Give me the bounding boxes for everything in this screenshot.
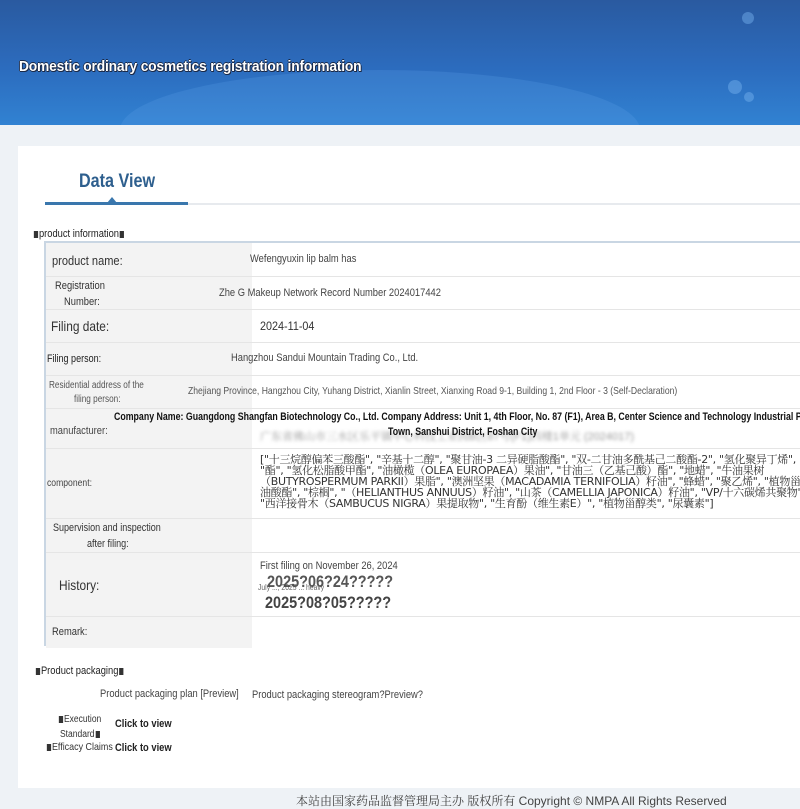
caret-up-icon xyxy=(107,197,117,203)
bracket-glyph-icon xyxy=(34,231,38,238)
history-entry: First filing on November 26, 2024 xyxy=(260,560,398,572)
label-filing-date: Filing date: xyxy=(51,318,109,334)
value-residential-address: Zhejiang Province, Hangzhou City, Yuhang… xyxy=(188,385,677,397)
history-entry: 2025?06?24????? xyxy=(267,572,393,592)
label-execution-standard-line2: Standard xyxy=(60,729,100,740)
value-component: ["十三烷醇偏苯三酸酯", "辛基十二醇", "聚甘油-3 二异硬脂酸酯", "… xyxy=(260,454,800,510)
row-filing-person: Filing person: Hangzhou Sandui Mountain … xyxy=(46,343,800,376)
label-component: component: xyxy=(47,477,92,489)
bracket-glyph-icon xyxy=(119,668,123,675)
execution-standard-view-link[interactable]: Click to view xyxy=(115,718,172,730)
value-filing-person: Hangzhou Sandui Mountain Trading Co., Lt… xyxy=(231,352,418,364)
footer-copyright: 本站由国家药品监督管理局主办 版权所有 Copyright © NMPA All… xyxy=(296,792,727,800)
packaging-plan-preview-link[interactable]: Product packaging plan [Preview] xyxy=(100,688,239,700)
section-product-packaging: Product packaging xyxy=(35,665,124,677)
row-manufacturer: manufacturer: 广东省佛山市三水区乐平镇中心科技工业园B区87号(F… xyxy=(46,409,800,449)
bracket-glyph-icon xyxy=(120,231,124,238)
label-history: History: xyxy=(59,577,99,593)
page-title: Domestic ordinary cosmetics registration… xyxy=(19,58,361,75)
label-filing-person: Filing person: xyxy=(47,353,101,365)
value-filing-date: 2024-11-04 xyxy=(260,319,314,333)
decorative-bubble xyxy=(742,12,754,24)
label-manufacturer: manufacturer: xyxy=(50,425,108,437)
value-product-name: Wefengyuxin lip balm has xyxy=(250,253,356,265)
header-banner: Domestic ordinary cosmetics registration… xyxy=(0,0,800,125)
product-details-table: product name: Wefengyuxin lip balm has R… xyxy=(44,241,800,646)
bracket-glyph-icon xyxy=(36,668,40,675)
label-product-name: product name: xyxy=(52,253,123,268)
row-product-name: product name: Wefengyuxin lip balm has xyxy=(46,243,800,277)
row-remark: Remark: xyxy=(46,617,800,648)
section-product-information: product information xyxy=(33,228,125,240)
efficacy-claims-view-link[interactable]: Click to view xyxy=(115,742,172,754)
value-registration-number: Zhe G Makeup Network Record Number 20240… xyxy=(219,287,441,299)
row-filing-date: Filing date: 2024-11-04 xyxy=(46,310,800,343)
label-residential-address: Residential address of the xyxy=(49,380,144,391)
label-execution-standard: Execution xyxy=(58,714,101,725)
decorative-bubble xyxy=(744,92,754,102)
row-supervision: Supervision and inspection after filing: xyxy=(46,519,800,553)
label-supervision: Supervision and inspection xyxy=(53,522,161,534)
history-entry: 2025?08?05????? xyxy=(265,593,391,613)
value-manufacturer: Company Name: Guangdong Shangfan Biotech… xyxy=(114,411,800,423)
packaging-stereogram-preview-link[interactable]: Product packaging stereogram?Preview? xyxy=(252,689,423,701)
label-efficacy-claims: Efficacy Claims xyxy=(46,741,113,753)
row-residential-address: Residential address of the filing person… xyxy=(46,376,800,409)
row-registration-number: Registration Number: Zhe G Makeup Networ… xyxy=(46,277,800,310)
row-history: History: First filing on November 26, 20… xyxy=(46,553,800,617)
row-component: component: ["十三烷醇偏苯三酸酯", "辛基十二醇", "聚甘油-3… xyxy=(46,449,800,519)
tab-data-view[interactable]: Data View xyxy=(79,171,155,193)
label-registration-number: Registration xyxy=(55,280,105,292)
decorative-bubble xyxy=(728,80,742,94)
label-remark: Remark: xyxy=(52,626,87,638)
